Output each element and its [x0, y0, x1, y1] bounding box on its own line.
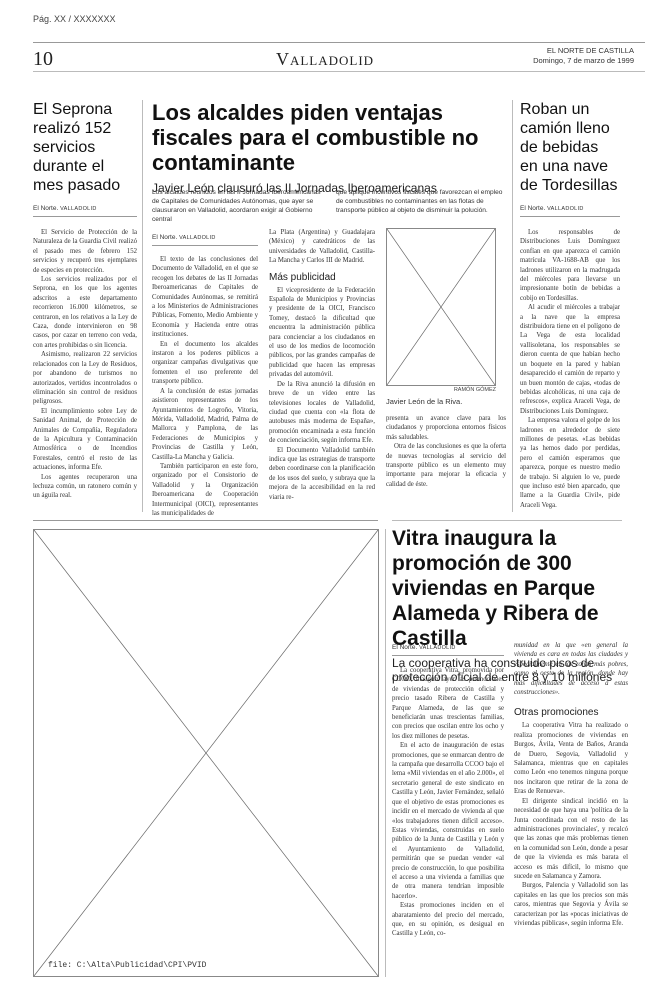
column-1: El Norte. VALLADOLID El texto de las con…: [152, 234, 258, 518]
article-alcaldes: Los alcaldes piden ventajas fiscales par…: [152, 100, 506, 512]
byline-city: VALLADOLID: [60, 206, 97, 212]
article-body: La cooperativa Vitra ha realizado o real…: [514, 721, 628, 928]
paragraph: De la Riva anunció la difusión en breve …: [269, 380, 375, 446]
subheading: Más publicidad: [269, 272, 375, 283]
paragraph: El Servicio de Protección de la Naturale…: [33, 228, 137, 275]
issue-date: Domingo, 7 de marzo de 1999: [533, 56, 634, 66]
byline: El Norte. VALLADOLID: [152, 234, 258, 246]
article-body: La cooperativa Vitra, promovida por CCOO…: [392, 666, 504, 939]
byline: El Norte. VALLADOLID: [392, 644, 504, 656]
byline: El Norte. VALLADOLID: [33, 205, 137, 217]
photo-credit: RAMÓN GÓMEZ: [386, 387, 496, 393]
paragraph: Al acudir el miércoles a trabajar a la n…: [520, 303, 620, 416]
headline: Roban un camión lleno de bebidas en una …: [520, 100, 620, 195]
ad-placeholder: file: C:\Alta\Publicidad\CPI\PVID: [33, 529, 379, 977]
article-vitra: Vitra inaugura la promoción de 300 vivie…: [392, 526, 647, 684]
headline: El Seprona realizó 152 servicios durante…: [33, 100, 137, 195]
photo-caption: Javier León de la Riva.: [386, 397, 506, 406]
paragraph: El texto de las conclusiones del Documen…: [152, 255, 258, 340]
article-body: El Servicio de Protección de la Naturale…: [33, 228, 137, 501]
paragraph: Asimismo, realizaron 22 servicios relaci…: [33, 350, 137, 406]
headline: Vitra inaugura la promoción de 300 vivie…: [392, 526, 647, 651]
paragraph: Los agentes recuperaron una lechuza comú…: [33, 473, 137, 501]
header-top-rule: [33, 42, 645, 43]
article-body: La Plata (Argentina) y Guadalajara (Méxi…: [269, 228, 375, 266]
lead-paragraph-part-1: Los alcaldes reunidos en las II Jornadas…: [152, 188, 328, 224]
newspaper-name: EL NORTE DE CASTILLA: [533, 46, 634, 56]
article-robo: Roban un camión lleno de bebidas en una …: [520, 100, 620, 510]
byline-city: VALLADOLID: [419, 645, 456, 651]
subheading: Otras promociones: [514, 707, 628, 718]
file-path-label: file: C:\Alta\Publicidad\CPI\PVID: [48, 961, 206, 970]
article-body: Los responsables de Distribuciones Luis …: [520, 228, 620, 510]
paragraph: El vicepresidente de la Federación Españ…: [269, 286, 375, 380]
page-reference: Pág. XX / XXXXXXX: [33, 14, 116, 24]
paragraph: A la conclusión de estas jornadas asisti…: [152, 387, 258, 462]
paragraph: La Plata (Argentina) y Guadalajara (Méxi…: [269, 228, 375, 266]
paragraph: La cooperativa Vitra ha realizado o real…: [514, 721, 628, 796]
paragraph: El dirigente sindical incidió en la nece…: [514, 797, 628, 882]
column-1: El Norte. VALLADOLID La cooperativa Vitr…: [392, 644, 504, 939]
article-body: presenta un avance clave para los ciudad…: [386, 414, 506, 489]
paragraph: Estas promociones inciden en el abaratam…: [392, 901, 504, 939]
byline-city: VALLADOLID: [547, 206, 584, 212]
article-body: El texto de las conclusiones del Documen…: [152, 255, 258, 518]
paragraph: El Documento Valladolid también indica q…: [269, 446, 375, 502]
article-body: El vicepresidente de la Federación Españ…: [269, 286, 375, 502]
photo-placeholder: [386, 228, 496, 386]
byline-source: El Norte.: [152, 234, 177, 241]
paragraph: Otra de las conclusiones es que la ofert…: [386, 442, 506, 489]
image-placeholder-icon: [387, 229, 495, 385]
image-placeholder-icon: [34, 530, 378, 976]
article-seprona: El Seprona realizó 152 servicios durante…: [33, 100, 137, 501]
byline-source: El Norte.: [392, 644, 417, 651]
paragraph: La cooperativa Vitra, promovida por CCOO…: [392, 666, 504, 741]
paragraph: En el acto de inauguración de estas prom…: [392, 741, 504, 901]
byline-city: VALLADOLID: [179, 235, 216, 241]
column-divider: [512, 100, 513, 512]
byline-source: El Norte.: [520, 205, 545, 212]
paragraph: En el documento los alcaldes instaron a …: [152, 340, 258, 387]
masthead-info: EL NORTE DE CASTILLA Domingo, 7 de marzo…: [533, 46, 634, 66]
header-bottom-rule: [33, 71, 645, 72]
paragraph: Los servicios realizados por el Seprona,…: [33, 275, 137, 350]
column-3: RAMÓN GÓMEZ Javier León de la Riva. pres…: [386, 228, 506, 489]
column-divider: [385, 529, 386, 977]
paragraph: Los responsables de Distribuciones Luis …: [520, 228, 620, 303]
column-2: La Plata (Argentina) y Guadalajara (Méxi…: [269, 228, 375, 502]
lead-paragraph-part-2: que aplique incentivos fiscales que favo…: [336, 188, 506, 215]
paragraph: presenta un avance clave para los ciudad…: [386, 414, 506, 442]
byline-source: El Norte.: [33, 205, 58, 212]
paragraph: munidad en la que «en general la viviend…: [514, 641, 628, 697]
section-divider: [392, 520, 622, 521]
column-divider: [142, 100, 143, 512]
section-divider: [33, 520, 378, 521]
paragraph: Burgos, Palencia y Valladolid son las ca…: [514, 881, 628, 928]
column-2: munidad en la que «en general la viviend…: [514, 641, 628, 928]
headline: Los alcaldes piden ventajas fiscales par…: [152, 100, 506, 175]
paragraph: La empresa valora el golpe de los ladron…: [520, 416, 620, 510]
article-body: munidad en la que «en general la viviend…: [514, 641, 628, 697]
paragraph: También participaron en este foro, organ…: [152, 462, 258, 518]
paragraph: El incumplimiento sobre Ley de Sanidad A…: [33, 407, 137, 473]
byline: El Norte. VALLADOLID: [520, 205, 620, 217]
